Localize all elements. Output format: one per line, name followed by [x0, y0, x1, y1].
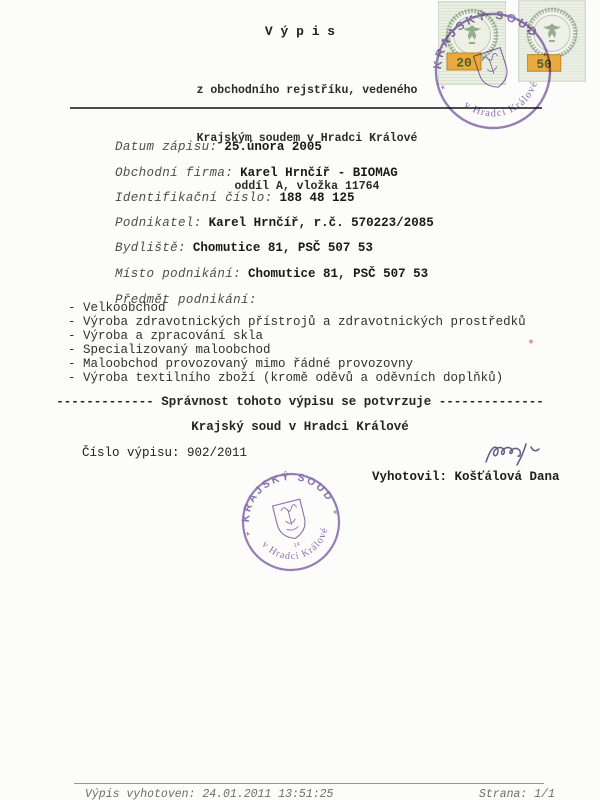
stamp-number: 14: [293, 540, 302, 549]
stamp-top-text: KRAJSKÝ SOUD: [419, 0, 542, 73]
stamp-star-left: *: [244, 531, 253, 544]
court-name: Krajský soud v Hradci Králové: [0, 420, 600, 434]
document-page: Výpis z obchodního rejstříku, vedeného K…: [0, 0, 600, 800]
activity-item: - Maloobchod provozovaný mimo řádné prov…: [68, 357, 413, 371]
activity-item: - Výroba a zpracování skla: [68, 329, 263, 343]
confirmation-line: ------------- Správnost tohoto výpisu se…: [0, 395, 600, 409]
court-round-stamp-bottom: KRAJSKÝ SOUD v Hradci Králové * * 14: [229, 460, 353, 584]
footer-generated: Výpis vyhotoven: 24.01.2011 13:51:25: [85, 788, 333, 800]
stamp-bottom-text: v Hradci Králové: [460, 77, 548, 130]
lion-shield-icon: [273, 499, 309, 542]
footer-divider: [74, 783, 544, 784]
lion-shield-icon: [474, 48, 512, 92]
activity-item: - Výroba zdravotnických přístrojů a zdra…: [68, 315, 526, 329]
svg-text:KRAJSKÝ SOUD: KRAJSKÝ SOUD: [419, 0, 542, 73]
field-value: Chomutice 81, PSČ 507 53: [248, 267, 428, 281]
prepared-by: Vyhotovil: Košťálová Dana: [372, 470, 560, 484]
court-round-stamp-top: KRAJSKÝ SOUD v Hradci Králové * *: [418, 0, 568, 146]
scan-speck: [528, 339, 534, 344]
signature-scribble: [483, 441, 549, 469]
svg-text:v Hradci Králové: v Hradci Králové: [460, 77, 548, 130]
stamp-top-text: KRAJSKÝ SOUD: [230, 460, 337, 526]
activity-item: - Specializovaný maloobchod: [68, 343, 271, 357]
activity-item: - Velkoobchod: [68, 301, 166, 315]
svg-text:KRAJSKÝ SOUD: KRAJSKÝ SOUD: [230, 460, 337, 526]
activity-item: - Výroba textilního zboží (kromě oděvů a…: [68, 371, 503, 385]
stamp-star-right: *: [332, 509, 341, 522]
footer-page: Strana: 1/1: [479, 788, 555, 800]
extract-number: Číslo výpisu: 902/2011: [82, 446, 247, 460]
